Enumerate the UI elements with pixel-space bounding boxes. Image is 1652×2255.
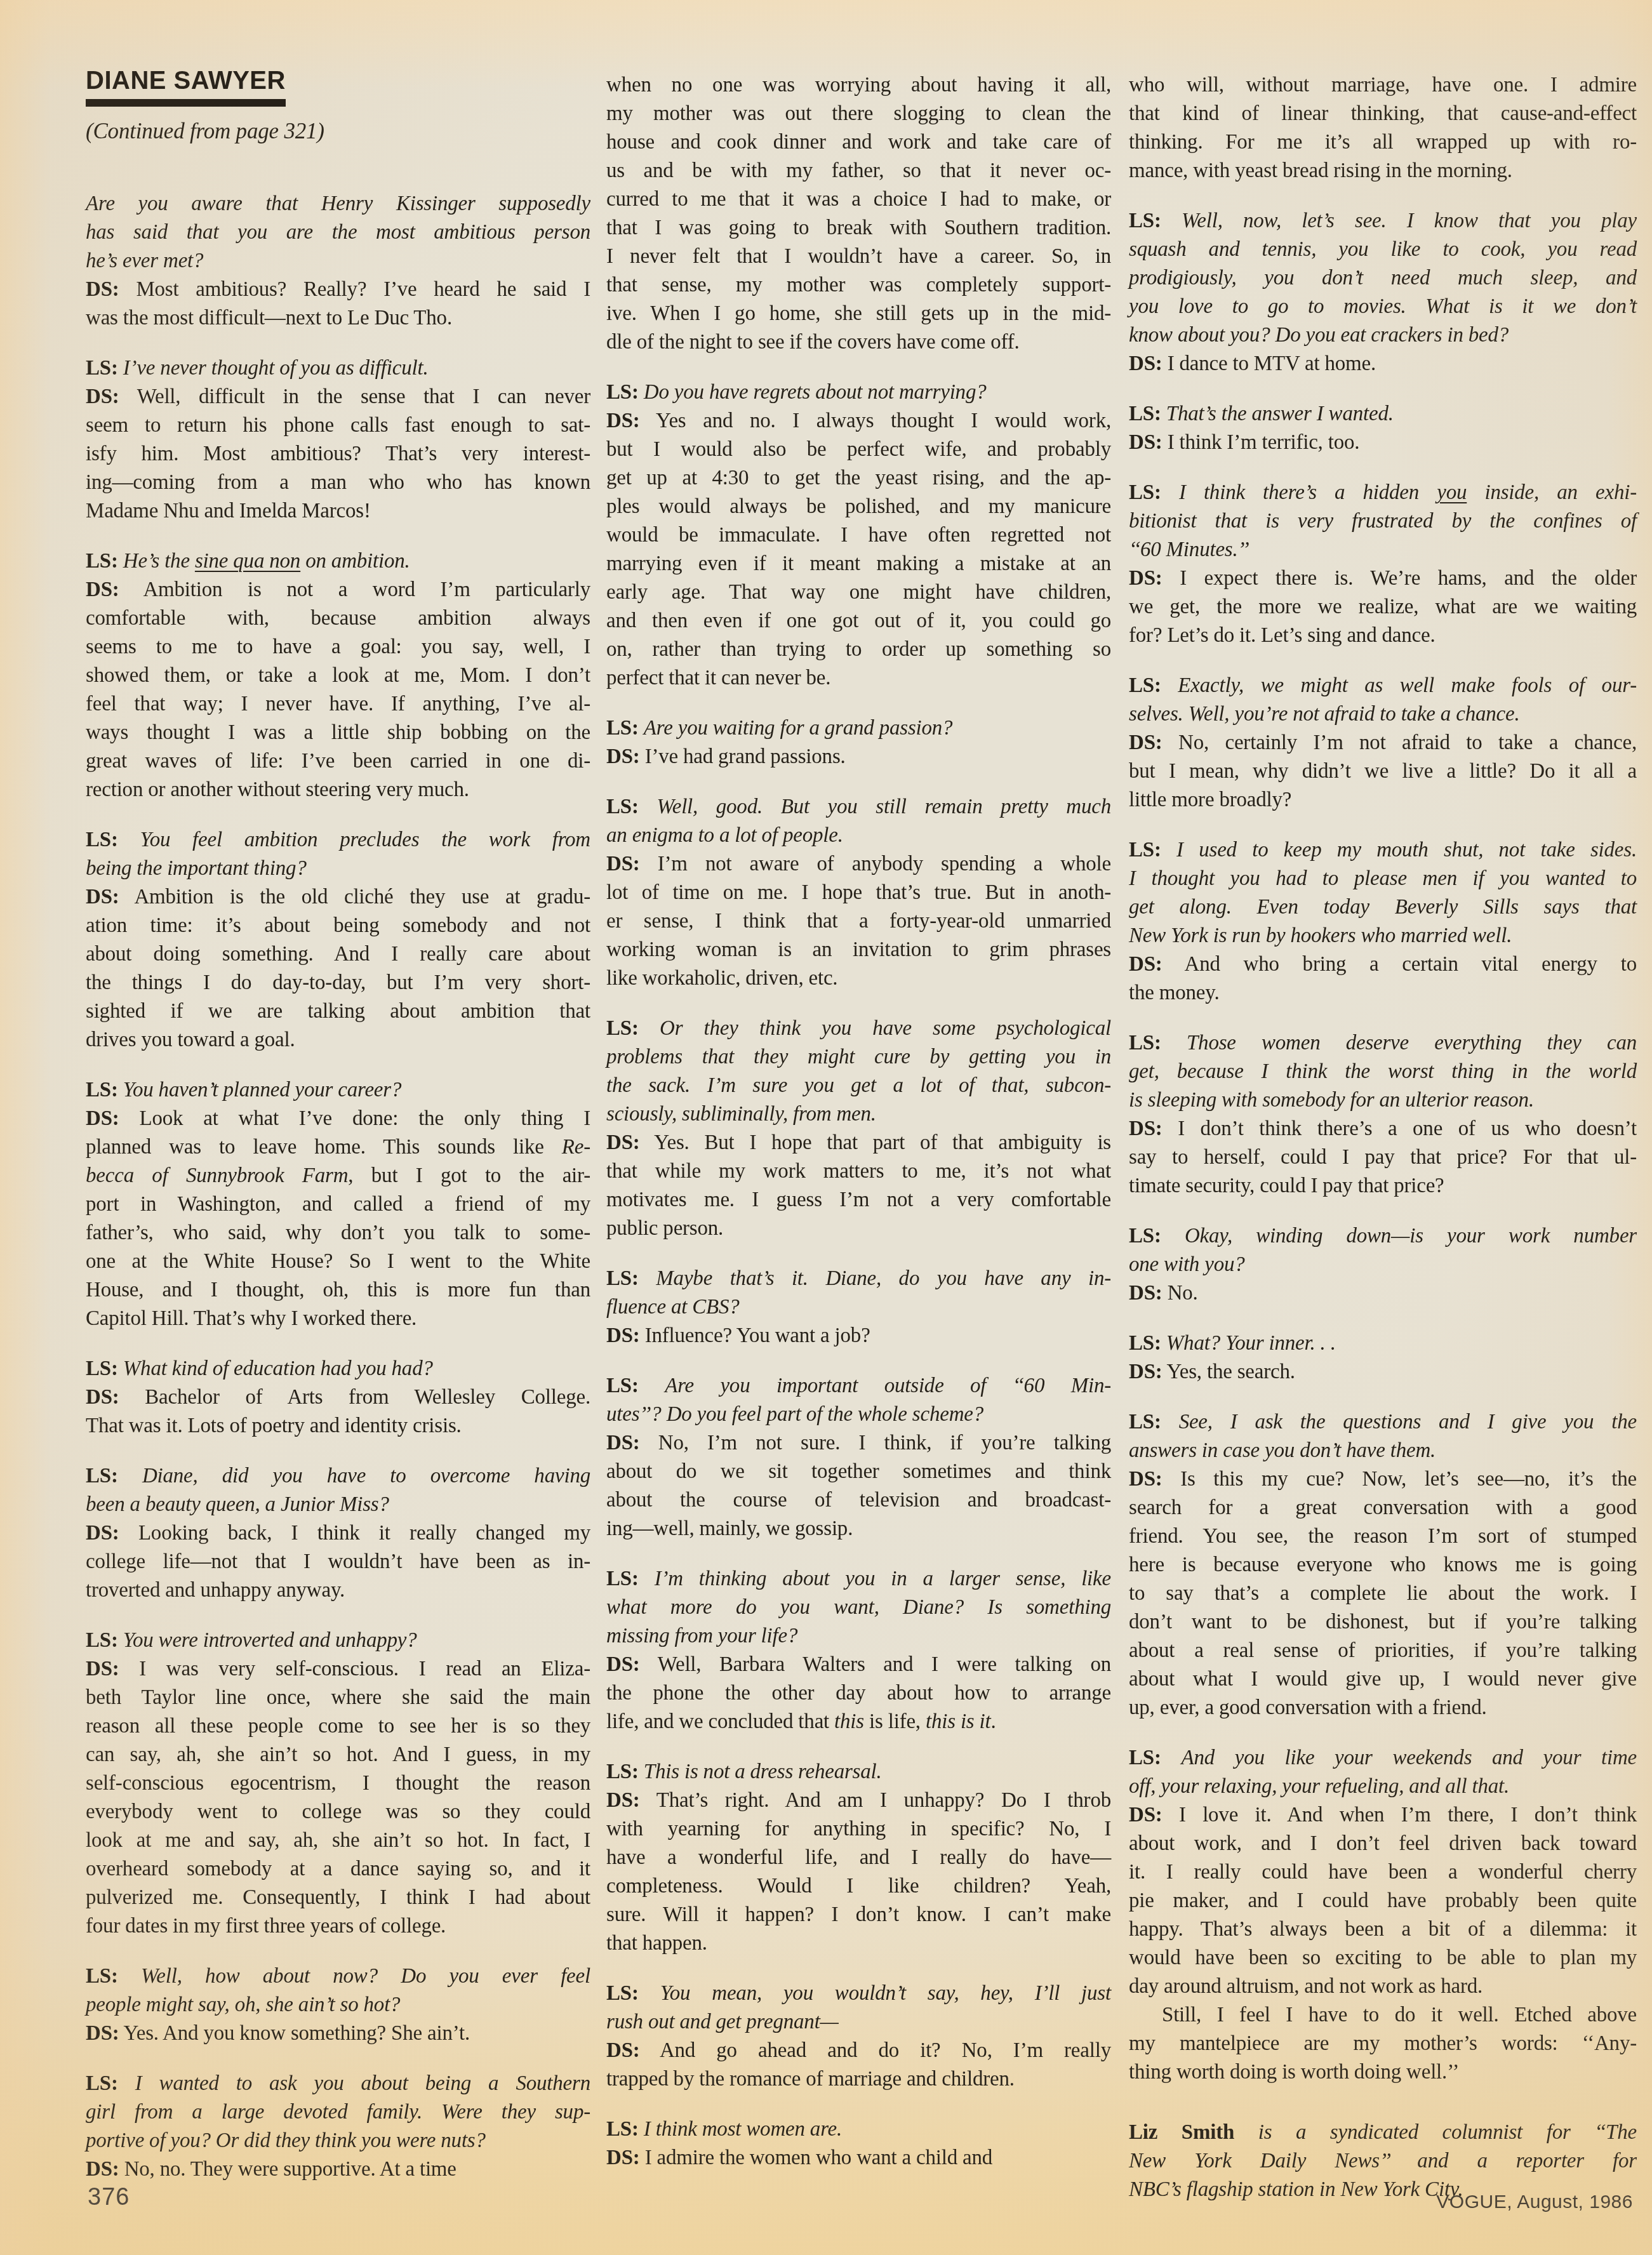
interview-question: LS: Are you important outside of ‘‘60 Mi…: [606, 1372, 1111, 1429]
interview-question: LS: What? Your inner. . .: [1129, 1329, 1637, 1358]
article-title: DIANE SAWYER: [86, 67, 286, 107]
interview-continuation: when no one was worrying about having it…: [606, 71, 1111, 357]
text-line: rush out and get pregnant—: [606, 2008, 1111, 2037]
text-line: fluence at CBS?: [606, 1293, 1111, 1322]
text-line: pie maker, and I could have probably bee…: [1129, 1887, 1637, 1915]
interview-answer: DS: Yes, the search.: [1129, 1358, 1637, 1387]
text-line: port in Washington, and called a friend …: [86, 1190, 590, 1219]
text-line: marrying even if it meant making a mista…: [606, 550, 1111, 578]
interview-question: LS: What kind of education had you had?: [86, 1355, 590, 1383]
text-line: about a real sense of priorities, if you…: [1129, 1637, 1637, 1665]
text-line: one at the White House? So I went to the…: [86, 1247, 590, 1276]
text-line: been a beauty queen, a Junior Miss?: [86, 1491, 590, 1519]
interview-continuation: who will, without marriage, have one. I …: [1129, 71, 1637, 185]
text-line: DS: And who bring a certain vital energy…: [1129, 950, 1637, 979]
text-line: LS: Or they think you have some psycholo…: [606, 1014, 1111, 1043]
text-line: can say, ah, she ain’t so hot. And I gue…: [86, 1741, 590, 1769]
text-line: DS: Well, Barbara Walters and I were tal…: [606, 1651, 1111, 1679]
interview-question: LS: Diane, did you have to overcome havi…: [86, 1462, 590, 1519]
text-line: little more broadly?: [1129, 786, 1637, 815]
text-line: Madame Nhu and Imelda Marcos!: [86, 497, 590, 526]
text-line: pulverized me. Consequently, I think I h…: [86, 1884, 590, 1912]
text-line: lot of time on me. I hope that’s true. B…: [606, 879, 1111, 907]
text-line: self-conscious egocentrism, I thought th…: [86, 1769, 590, 1798]
text-line: LS: And you like your weekends and your …: [1129, 1744, 1637, 1773]
text-line: ing—well, mainly, we gossip.: [606, 1515, 1111, 1543]
page-number: 376: [88, 2184, 130, 2211]
text-line: DS: I admire the women who want a child …: [606, 2144, 1111, 2172]
text-line: LS: That’s the answer I wanted.: [1129, 400, 1637, 429]
text-line: DS: Yes and no. I always thought I would…: [606, 407, 1111, 436]
interview-answer: DS: Yes. And you know something? She ain…: [86, 2019, 590, 2048]
text-line: friend. You see, the reason I’m sort of …: [1129, 1522, 1637, 1551]
text-line: completeness. Would I like children? Yea…: [606, 1872, 1111, 1901]
text-line: like workaholic, driven, etc.: [606, 964, 1111, 993]
text-line: college life—not that I wouldn’t have be…: [86, 1548, 590, 1576]
text-line: it. I really could have been a wonderful…: [1129, 1858, 1637, 1887]
text-line: mance, with yeast bread rising in the mo…: [1129, 157, 1637, 185]
interview-answer: DS: I was very self-conscious. I read an…: [86, 1655, 590, 1941]
text-line: with yearning for anything in specific? …: [606, 1815, 1111, 1844]
text-line: DS: Ambition is not a word I’m particula…: [86, 576, 590, 604]
text-line: DS: I’ve had grand passions.: [606, 743, 1111, 771]
interview-question: LS: You mean, you wouldn’t say, hey, I’l…: [606, 1979, 1111, 2037]
interview-answer: DS: I dance to MTV at home.: [1129, 350, 1637, 378]
text-line: thinking. For me it’s all wrapped up wit…: [1129, 128, 1637, 157]
text-line: thing worth doing is worth doing well.’’: [1129, 2058, 1637, 2087]
article-column-1: DIANE SAWYER (Continued from page 321) A…: [86, 67, 590, 2184]
interview-answer: DS: I expect there is. We’re hams, and t…: [1129, 564, 1637, 650]
interview-question: LS: Maybe that’s it. Diane, do you have …: [606, 1265, 1111, 1322]
interview-question: LS: Are you waiting for a grand passion?: [606, 714, 1111, 743]
article-header: DIANE SAWYER (Continued from page 321): [86, 67, 590, 145]
text-line: sighted if we are talking about ambition…: [86, 997, 590, 1026]
text-line: LS: Okay, winding down—is your work numb…: [1129, 1222, 1637, 1251]
text-line: er sense, I think that a forty-year-old …: [606, 907, 1111, 936]
magazine-page: DIANE SAWYER (Continued from page 321) A…: [0, 0, 1652, 2255]
text-line: ples would always be polished, and my ma…: [606, 493, 1111, 521]
text-line: LS: I’m thinking about you in a larger s…: [606, 1565, 1111, 1593]
text-line: that sense, my mother was completely sup…: [606, 271, 1111, 300]
interview-question: LS: I used to keep my mouth shut, not ta…: [1129, 836, 1637, 950]
interview-question: LS: Well, good. But you still remain pre…: [606, 793, 1111, 850]
text-line: sciously, subliminally, from men.: [606, 1100, 1111, 1129]
text-line: DS: No, I’m not sure. I think, if you’re…: [606, 1429, 1111, 1458]
interview-answer: DS: I’m not aware of anybody spending a …: [606, 850, 1111, 993]
text-line: DS: I love it. And when I’m there, I don…: [1129, 1801, 1637, 1830]
interview-answer: DS: Looking back, I think it really chan…: [86, 1519, 590, 1605]
text-line: comfortable with, because ambition alway…: [86, 604, 590, 633]
text-line: but I mean, why didn’t we live a little?…: [1129, 757, 1637, 786]
text-line: LS: Do you have regrets about not marryi…: [606, 378, 1111, 407]
interview-question: Are you aware that Henry Kissinger suppo…: [86, 190, 590, 276]
interview-question: LS: Those women deserve everything they …: [1129, 1029, 1637, 1115]
interview-question: LS: Do you have regrets about not marryi…: [606, 378, 1111, 407]
interview-question: LS: You were introverted and unhappy?: [86, 1626, 590, 1655]
text-line: we get, the more we realize, what are we…: [1129, 593, 1637, 622]
text-line: New York Daily News’’ and a reporter for: [1129, 2147, 1637, 2176]
interview-question: LS: Well, how about now? Do you ever fee…: [86, 1962, 590, 2019]
interview-question: LS: I think most women are.: [606, 2115, 1111, 2144]
text-line: seems to me to have a goal: you say, wel…: [86, 633, 590, 662]
text-line: motivates me. I guess I’m not a very com…: [606, 1186, 1111, 1214]
text-line: DS: I think I’m terrific, too.: [1129, 429, 1637, 457]
text-line: ation time: it’s about being somebody an…: [86, 912, 590, 940]
text-line: everybody went to college was so they co…: [86, 1798, 590, 1826]
text-line: early age. That way one might have child…: [606, 578, 1111, 607]
interview-answer: DS: Ambition is not a word I’m particula…: [86, 576, 590, 804]
interview-question: LS: You feel ambition precludes the work…: [86, 826, 590, 883]
text-line: DS: I was very self-conscious. I read an…: [86, 1655, 590, 1684]
text-line: LS: Those women deserve everything they …: [1129, 1029, 1637, 1058]
text-line: DS: Influence? You want a job?: [606, 1322, 1111, 1350]
text-line: reason all these people come to see her …: [86, 1712, 590, 1741]
interview-answer: DS: Yes. But I hope that part of that am…: [606, 1129, 1111, 1243]
text-line: LS: Exactly, we might as well make fools…: [1129, 672, 1637, 700]
text-line: rection or another without steering very…: [86, 776, 590, 804]
text-line: look at me and say, ah, she ain’t so hot…: [86, 1826, 590, 1855]
text-line: don’t want to be dishonest, but if you’r…: [1129, 1608, 1637, 1637]
text-line: DS: No, certainly I’m not afraid to take…: [1129, 729, 1637, 757]
interview-question: LS: I wanted to ask you about being a So…: [86, 2070, 590, 2155]
text-line: drives you toward a goal.: [86, 1026, 590, 1054]
text-line: off, your relaxing, your refueling, and …: [1129, 1773, 1637, 1801]
text-line: showed them, or take a look at me, Mom. …: [86, 662, 590, 690]
text-line: say to herself, could I pay that price? …: [1129, 1143, 1637, 1172]
text-line: I never felt that I wouldn’t have a care…: [606, 243, 1111, 271]
text-line: DS: Is this my cue? Now, let’s see—no, i…: [1129, 1465, 1637, 1494]
text-line: answers in case you don’t have them.: [1129, 1437, 1637, 1465]
text-line: bitionist that is very frustrated by the…: [1129, 507, 1637, 536]
text-line: DS: I dance to MTV at home.: [1129, 350, 1637, 378]
text-line: LS: You feel ambition precludes the work…: [86, 826, 590, 855]
text-line: to say that’s a complete lie about the w…: [1129, 1580, 1637, 1608]
text-line: about what I would give up, I would neve…: [1129, 1665, 1637, 1694]
interview-answer: DS: Yes and no. I always thought I would…: [606, 407, 1111, 693]
text-line: DS: I’m not aware of anybody spending a …: [606, 850, 1111, 879]
text-line: LS: I think there’s a hidden you inside,…: [1129, 479, 1637, 507]
text-line: LS: Maybe that’s it. Diane, do you have …: [606, 1265, 1111, 1293]
interview-answer: DS: Most ambitious? Really? I’ve heard h…: [86, 276, 590, 333]
text-line: LS: Well, how about now? Do you ever fee…: [86, 1962, 590, 1991]
interview-answer: DS: Look at what I’ve done: the only thi…: [86, 1105, 590, 1333]
interview-question: LS: Okay, winding down—is your work numb…: [1129, 1222, 1637, 1279]
interview-answer: DS: I admire the women who want a child …: [606, 2144, 1111, 2172]
text-line: problems that they might cure by getting…: [606, 1043, 1111, 1072]
text-line: get up at 4:30 to get the yeast rising, …: [606, 464, 1111, 493]
text-line: great waves of life: I’ve been carried i…: [86, 747, 590, 776]
interview-question: LS: This is not a dress rehearsal.: [606, 1758, 1111, 1786]
text-line: ‘‘60 Minutes.’’: [1129, 536, 1637, 564]
text-line: LS: I’ve never thought of you as difficu…: [86, 354, 590, 383]
text-line: becca of Sunnybrook Farm, but I got to t…: [86, 1162, 590, 1190]
text-line: LS: See, I ask the questions and I give …: [1129, 1408, 1637, 1437]
text-line: selves. Well, you’re not afraid to take …: [1129, 700, 1637, 729]
text-line: is sleeping with somebody for an ulterio…: [1129, 1086, 1637, 1115]
interview-answer: DS: No, no. They were supportive. At a t…: [86, 2155, 590, 2184]
text-line: troverted and unhappy anyway.: [86, 1576, 590, 1605]
text-line: the phone the other day about how to arr…: [606, 1679, 1111, 1708]
text-line: sure. Will it happen? I don’t know. I ca…: [606, 1901, 1111, 1929]
interview-question: LS: He’s the sine qua non on ambition.: [86, 547, 590, 576]
interview-answer: DS: That’s right. And am I unhappy? Do I…: [606, 1786, 1111, 1958]
text-line: ways thought I was a little ship bobbing…: [86, 719, 590, 747]
text-line: girl from a large devoted family. Were t…: [86, 2098, 590, 2127]
text-line: that I was going to break with Southern …: [606, 214, 1111, 243]
text-line: LS: Well, now, let’s see. I know that yo…: [1129, 207, 1637, 236]
text-line: house and cook dinner and work and take …: [606, 128, 1111, 157]
text-line: ing—coming from a man who who has known: [86, 469, 590, 497]
text-line: Liz Smith is a syndicated columnist for …: [1129, 2119, 1637, 2147]
text-line: LS: I used to keep my mouth shut, not ta…: [1129, 836, 1637, 865]
interview-answer: DS: No, I’m not sure. I think, if you’re…: [606, 1429, 1111, 1543]
text-line: us and be with my father, so that it nev…: [606, 157, 1111, 185]
text-line: know about you? Do you eat crackers in b…: [1129, 321, 1637, 350]
text-line: LS: He’s the sine qua non on ambition.: [86, 547, 590, 576]
text-line: public person.: [606, 1214, 1111, 1243]
article-column-3: who will, without marriage, have one. I …: [1129, 71, 1637, 2204]
text-line: father’s, who said, why don’t you talk t…: [86, 1219, 590, 1247]
text-line: has said that you are the most ambitious…: [86, 218, 590, 247]
interview-answer: DS: No, certainly I’m not afraid to take…: [1129, 729, 1637, 815]
text-line: four dates in my first three years of co…: [86, 1912, 590, 1941]
interview-answer: DS: No.: [1129, 1279, 1637, 1308]
text-line: get along. Even today Beverly Sills says…: [1129, 893, 1637, 922]
text-line: DS: Most ambitious? Really? I’ve heard h…: [86, 276, 590, 304]
text-line: DS: I don’t think there’s a one of us wh…: [1129, 1115, 1637, 1143]
text-line: LS: Are you important outside of ‘‘60 Mi…: [606, 1372, 1111, 1400]
interview-question: LS: That’s the answer I wanted.: [1129, 400, 1637, 429]
text-line: was the most difficult—next to Le Duc Th…: [86, 304, 590, 333]
text-line: feel that way; I never have. If anything…: [86, 690, 590, 719]
text-line: planned was to leave home. This sounds l…: [86, 1133, 590, 1162]
text-line: portive of you? Or did they think you we…: [86, 2127, 590, 2155]
text-line: prodigiously, you don’t need much sleep,…: [1129, 264, 1637, 293]
text-line: about work, and I don’t feel driven back…: [1129, 1830, 1637, 1858]
text-line: who will, without marriage, have one. I …: [1129, 71, 1637, 100]
text-line: Are you aware that Henry Kissinger suppo…: [86, 190, 590, 218]
text-line: being the important thing?: [86, 855, 590, 883]
interview-answer: DS: Influence? You want a job?: [606, 1322, 1111, 1350]
text-line: LS: You were introverted and unhappy?: [86, 1626, 590, 1655]
text-line: trapped by the romance of marriage and c…: [606, 2065, 1111, 2094]
text-line: would have been so exciting to be able t…: [1129, 1944, 1637, 1972]
text-line: working woman is an invitation to grim p…: [606, 936, 1111, 964]
text-line: the money.: [1129, 979, 1637, 1008]
text-line: the things I do day-to-day, but I’m very…: [86, 969, 590, 997]
text-line: DS: And go ahead and do it? No, I’m real…: [606, 2037, 1111, 2065]
interview-answer: DS: Is this my cue? Now, let’s see—no, i…: [1129, 1465, 1637, 1722]
text-line: beth Taylor line once, where she said th…: [86, 1684, 590, 1712]
text-line: he’s ever met?: [86, 247, 590, 276]
text-line: my mantelpiece are my mother’s words: ‘‘…: [1129, 2030, 1637, 2058]
article-column-2: when no one was worrying about having it…: [606, 71, 1111, 2172]
text-line: curred to me that it was a choice I had …: [606, 185, 1111, 214]
text-line: up, ever, a good conversation with a fri…: [1129, 1694, 1637, 1722]
interview-answer: DS: I don’t think there’s a one of us wh…: [1129, 1115, 1637, 1201]
text-line: ive. When I go home, she still gets up i…: [606, 300, 1111, 328]
text-line: DS: No, no. They were supportive. At a t…: [86, 2155, 590, 2184]
text-line: when no one was worrying about having it…: [606, 71, 1111, 100]
interview-question: LS: You haven’t planned your career?: [86, 1076, 590, 1105]
text-line: one with you?: [1129, 1251, 1637, 1279]
text-line: I thought you had to please men if you w…: [1129, 865, 1637, 893]
text-line: DS: Yes. And you know something? She ain…: [86, 2019, 590, 2048]
text-line: LS: What? Your inner. . .: [1129, 1329, 1637, 1358]
text-line: DS: Yes, the search.: [1129, 1358, 1637, 1387]
text-line: DS: That’s right. And am I unhappy? Do I…: [606, 1786, 1111, 1815]
text-line: would be immaculate. I have often regret…: [606, 521, 1111, 550]
text-line: isfy him. Most ambitious? That’s very in…: [86, 440, 590, 469]
text-line: about do we sit together sometimes and t…: [606, 1458, 1111, 1486]
text-line: seem to return his phone calls fast enou…: [86, 411, 590, 440]
text-line: timate security, could I pay that price?: [1129, 1172, 1637, 1201]
text-line: Still, I feel I have to do it well. Etch…: [1129, 2001, 1637, 2030]
interview-question: LS: I’m thinking about you in a larger s…: [606, 1565, 1111, 1651]
text-line: perfect that it can never be.: [606, 664, 1111, 693]
text-line: day around altruism, and not work as har…: [1129, 1972, 1637, 2001]
text-line: dle of the night to see if the covers ha…: [606, 328, 1111, 357]
text-line: but I would also be perfect wife, and pr…: [606, 436, 1111, 464]
text-line: life, and we concluded that this is life…: [606, 1708, 1111, 1736]
text-line: DS: I expect there is. We’re hams, and t…: [1129, 564, 1637, 593]
interview-question: LS: I’ve never thought of you as difficu…: [86, 354, 590, 383]
interview-question: LS: I think there’s a hidden you inside,…: [1129, 479, 1637, 564]
text-line: LS: What kind of education had you had?: [86, 1355, 590, 1383]
text-line: here is because everyone who knows me is…: [1129, 1551, 1637, 1580]
text-line: missing from your life?: [606, 1622, 1111, 1651]
text-line: squash and tennis, you like to cook, you…: [1129, 236, 1637, 264]
text-line: that while my work matters to me, it’s n…: [606, 1157, 1111, 1186]
interview-answer: DS: And go ahead and do it? No, I’m real…: [606, 2037, 1111, 2094]
text-line: DS: Yes. But I hope that part of that am…: [606, 1129, 1111, 1157]
interview-answer: DS: Bachelor of Arts from Wellesley Coll…: [86, 1383, 590, 1440]
text-line: about doing something. And I really care…: [86, 940, 590, 969]
text-line: an enigma to a lot of people.: [606, 822, 1111, 850]
text-line: LS: Diane, did you have to overcome havi…: [86, 1462, 590, 1491]
text-line: DS: Look at what I’ve done: the only thi…: [86, 1105, 590, 1133]
text-line: LS: This is not a dress rehearsal.: [606, 1758, 1111, 1786]
text-line: DS: Bachelor of Arts from Wellesley Coll…: [86, 1383, 590, 1412]
text-line: people might say, oh, she ain’t so hot?: [86, 1991, 590, 2019]
interview-question: LS: And you like your weekends and your …: [1129, 1744, 1637, 1801]
text-line: my mother was out there slogging to clea…: [606, 100, 1111, 128]
text-line: That was it. Lots of poetry and identity…: [86, 1412, 590, 1440]
text-line: that kind of linear thinking, that cause…: [1129, 100, 1637, 128]
text-line: LS: I wanted to ask you about being a So…: [86, 2070, 590, 2098]
text-line: and then even if one got out of it, you …: [606, 607, 1111, 635]
text-line: about the course of television and broad…: [606, 1486, 1111, 1515]
text-line: for? Let’s do it. Let’s sing and dance.: [1129, 622, 1637, 650]
interview-answer: DS: I think I’m terrific, too.: [1129, 429, 1637, 457]
publication-credit: VOGUE, August, 1986: [1436, 2192, 1633, 2213]
text-line: on, rather than trying to order up somet…: [606, 635, 1111, 664]
text-line: LS: I think most women are.: [606, 2115, 1111, 2144]
text-line: that happen.: [606, 1929, 1111, 1958]
text-line: get, because I think the worst thing in …: [1129, 1058, 1637, 1086]
text-line: DS: Well, difficult in the sense that I …: [86, 383, 590, 411]
text-line: DS: Ambition is the old cliché they use …: [86, 883, 590, 912]
interview-answer: DS: And who bring a certain vital energy…: [1129, 950, 1637, 1008]
text-line: LS: Are you waiting for a grand passion?: [606, 714, 1111, 743]
interview-answer: DS: Well, difficult in the sense that I …: [86, 383, 590, 526]
continued-from-note: (Continued from page 321): [86, 117, 590, 145]
interview-answer: DS: I love it. And when I’m there, I don…: [1129, 1801, 1637, 2001]
interview-answer: DS: Well, Barbara Walters and I were tal…: [606, 1651, 1111, 1736]
interview-question: LS: Exactly, we might as well make fools…: [1129, 672, 1637, 729]
text-line: search for a great conversation with a g…: [1129, 1494, 1637, 1522]
text-line: DS: Looking back, I think it really chan…: [86, 1519, 590, 1548]
text-line: DS: No.: [1129, 1279, 1637, 1308]
interview-question: LS: See, I ask the questions and I give …: [1129, 1408, 1637, 1465]
interview-answer: DS: Ambition is the old cliché they use …: [86, 883, 590, 1054]
text-line: New York is run by hookers who married w…: [1129, 922, 1637, 950]
text-line: LS: You haven’t planned your career?: [86, 1076, 590, 1105]
interview-question: LS: Or they think you have some psycholo…: [606, 1014, 1111, 1129]
text-line: Capitol Hill. That’s why I worked there.: [86, 1305, 590, 1333]
text-line: you love to go to movies. What is it we …: [1129, 293, 1637, 321]
text-line: happy. That’s always been a bit of a dil…: [1129, 1915, 1637, 1944]
interview-answer: Still, I feel I have to do it well. Etch…: [1129, 2001, 1637, 2087]
text-line: the sack. I’m sure you get a lot of that…: [606, 1072, 1111, 1100]
text-line: utes’’? Do you feel part of the whole sc…: [606, 1400, 1111, 1429]
interview-answer: DS: I’ve had grand passions.: [606, 743, 1111, 771]
text-line: have a wonderful life, and I really do h…: [606, 1844, 1111, 1872]
interview-question: LS: Well, now, let’s see. I know that yo…: [1129, 207, 1637, 350]
text-line: overheard somebody at a dance saying so,…: [86, 1855, 590, 1884]
text-line: House, and I thought, oh, this is more f…: [86, 1276, 590, 1305]
text-line: LS: Well, good. But you still remain pre…: [606, 793, 1111, 822]
text-line: LS: You mean, you wouldn’t say, hey, I’l…: [606, 1979, 1111, 2008]
text-line: what more do you want, Diane? Is somethi…: [606, 1593, 1111, 1622]
